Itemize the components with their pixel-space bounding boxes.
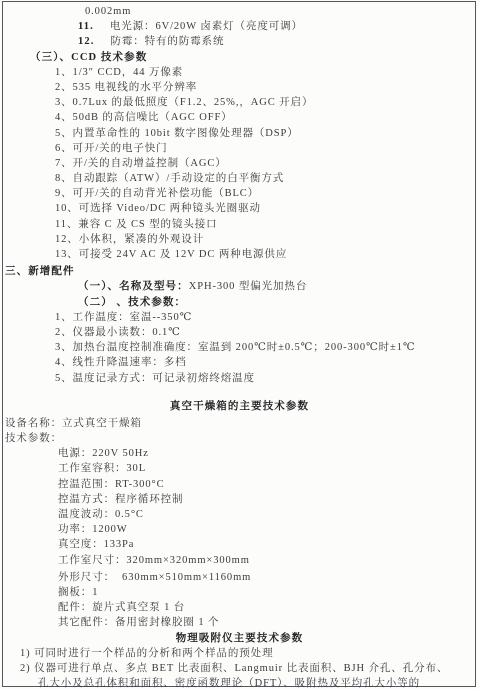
doc-text: 其它配件：备用密封橡胶圈 1 个 bbox=[58, 617, 219, 628]
doc-line: 5、温度记录方式：可记录初熔终熔温度 bbox=[0, 371, 479, 386]
doc-text: 1) 可同时进行一个样品的分析和两个样品的预处理 bbox=[20, 648, 273, 659]
doc-line: 12.防霉：特有的防霉系统 bbox=[0, 34, 479, 49]
doc-text: 电光源：6V/20W 卤素灯（亮度可调） bbox=[110, 21, 303, 32]
doc-text: 4、线性升降温速率：多档 bbox=[55, 357, 187, 368]
doc-line: 其它配件：备用密封橡胶圈 1 个 bbox=[0, 615, 479, 630]
doc-text: 控温范围：RT-300°C bbox=[58, 479, 164, 490]
doc-text-bold: 真空干燥箱的主要技术参数 bbox=[170, 401, 309, 412]
doc-line: 温度波动：0.5°C bbox=[0, 507, 479, 522]
doc-line: 控温方式：程序循环控制 bbox=[0, 492, 479, 507]
doc-line: 11.电光源：6V/20W 卤素灯（亮度可调） bbox=[0, 19, 479, 34]
doc-text: 12、小体积，紧凑的外观设计 bbox=[55, 234, 204, 245]
document-content: 0.002mm11.电光源：6V/20W 卤素灯（亮度可调）12.防霉：特有的防… bbox=[0, 4, 479, 689]
section-heading-new-accessories: 三、新增配件 bbox=[0, 264, 479, 279]
doc-text: 2) 仪器可进行单点、多点 BET 比表面积、Langmuir 比表面积、BJH… bbox=[20, 663, 448, 674]
doc-text: 工作室尺寸：320mm×320mm×300mm bbox=[58, 555, 250, 566]
doc-text: 技术参数： bbox=[5, 433, 62, 444]
doc-line: 1) 可同时进行一个样品的分析和两个样品的预处理 bbox=[0, 646, 479, 661]
doc-text: 5、内置革命性的 10bit 数字图像处理器（DSP） bbox=[55, 128, 299, 139]
doc-text: 2、仪器最小读数：0.1℃ bbox=[55, 327, 181, 338]
doc-line: （一）、名称及型号：XPH-300 型偏光加热台 bbox=[0, 279, 479, 294]
doc-line: 4、线性升降温速率：多档 bbox=[0, 355, 479, 370]
doc-line: 6、可开/关的电子快门 bbox=[0, 141, 479, 156]
section-heading-ccd: （三）、CCD 技术参数 bbox=[0, 50, 479, 65]
doc-line: 孔大小及总孔体积和面积、密度函数理论（DFT）、吸附热及平均孔大小等的 bbox=[0, 676, 479, 689]
doc-line: 设备名称：立式真空干燥箱 bbox=[0, 416, 479, 431]
doc-text: 7、开/关的自动增益控制（AGC） bbox=[55, 158, 227, 169]
doc-line: 8、自动跟踪（ATW）/手动设定的白平衡方式 bbox=[0, 171, 479, 186]
doc-text: 2、535 电视线的水平分辨率 bbox=[55, 82, 197, 93]
doc-text: 11、兼容 C 及 CS 型的镜头接口 bbox=[55, 219, 218, 230]
doc-line: 外形尺寸： 630mm×510mm×1160mm bbox=[0, 570, 479, 585]
doc-line: 控温范围：RT-300°C bbox=[0, 477, 479, 492]
doc-text: 1、工作温度：室温--350℃ bbox=[55, 312, 192, 323]
doc-line: 2) 仪器可进行单点、多点 BET 比表面积、Langmuir 比表面积、BJH… bbox=[0, 661, 479, 676]
doc-text-bold: 三、新增配件 bbox=[5, 266, 75, 277]
section-heading-vacuum-dryer: 真空干燥箱的主要技术参数 bbox=[0, 399, 479, 414]
doc-text: 4、50dB 的高信噪比（AGC OFF） bbox=[55, 112, 233, 123]
document-page: 0.002mm11.电光源：6V/20W 卤素灯（亮度可调）12.防霉：特有的防… bbox=[0, 0, 479, 689]
doc-line: 10、可选择 Video/DC 两种镜头光圈驱动 bbox=[0, 201, 479, 216]
section-heading-physisorption: 物理吸附仪主要技术参数 bbox=[0, 631, 479, 646]
doc-line: 12、小体积，紧凑的外观设计 bbox=[0, 232, 479, 247]
doc-text-bold: （三）、CCD 技术参数 bbox=[30, 52, 147, 63]
doc-text-bold: 11. bbox=[78, 21, 94, 32]
doc-line: 真空度：133Pa bbox=[0, 537, 479, 552]
doc-text-bold: （二） 、技术参数： bbox=[78, 297, 186, 308]
doc-text: 8、自动跟踪（ATW）/手动设定的白平衡方式 bbox=[55, 173, 284, 184]
doc-text: 13、可接受 24V AC 及 12V DC 两种电源供应 bbox=[55, 249, 287, 260]
doc-text-bold: 12. bbox=[78, 36, 94, 47]
doc-line: 工作室尺寸：320mm×320mm×300mm bbox=[0, 553, 479, 568]
doc-line: 4、50dB 的高信噪比（AGC OFF） bbox=[0, 110, 479, 125]
doc-line: 5、内置革命性的 10bit 数字图像处理器（DSP） bbox=[0, 126, 479, 141]
doc-line: 1、工作温度：室温--350℃ bbox=[0, 310, 479, 325]
doc-line: 2、535 电视线的水平分辨率 bbox=[0, 80, 479, 95]
doc-text: 孔大小及总孔体积和面积、密度函数理论（DFT）、吸附热及平均孔大小等的 bbox=[38, 678, 420, 689]
doc-text: 控温方式：程序循环控制 bbox=[58, 494, 183, 505]
doc-text-bold: 物理吸附仪主要技术参数 bbox=[176, 633, 304, 644]
doc-line: 3、0.7Lux 的最低照度（F1.2、25%,，AGC 开启） bbox=[0, 95, 479, 110]
doc-text: 6、可开/关的电子快门 bbox=[55, 143, 168, 154]
doc-text-bold: （一）、名称及型号： bbox=[78, 281, 189, 292]
doc-text: 功率：1200W bbox=[58, 524, 128, 535]
doc-text: 防霉：特有的防霉系统 bbox=[110, 36, 224, 47]
doc-line: 13、可接受 24V AC 及 12V DC 两种电源供应 bbox=[0, 247, 479, 262]
doc-text: 5、温度记录方式：可记录初熔终熔温度 bbox=[55, 373, 255, 384]
doc-line: 配件：旋片式真空泵 1 台 bbox=[0, 600, 479, 615]
doc-text: XPH-300 型偏光加热台 bbox=[189, 281, 307, 292]
doc-line: 功率：1200W bbox=[0, 522, 479, 537]
doc-text: 9、可开/关的自动背光补偿功能（BLC） bbox=[55, 188, 259, 199]
doc-text: 外形尺寸： 630mm×510mm×1160mm bbox=[58, 572, 251, 583]
doc-text: 设备名称：立式真空干燥箱 bbox=[5, 418, 142, 429]
doc-line: 9、可开/关的自动背光补偿功能（BLC） bbox=[0, 186, 479, 201]
doc-text: 搁板：1 bbox=[58, 587, 98, 598]
doc-line: 0.002mm bbox=[0, 4, 479, 19]
doc-line: 电源：220V 50Hz bbox=[0, 446, 479, 461]
doc-line: （二） 、技术参数： bbox=[0, 295, 479, 310]
doc-text: 10、可选择 Video/DC 两种镜头光圈驱动 bbox=[55, 203, 261, 214]
doc-text: 电源：220V 50Hz bbox=[58, 448, 149, 459]
doc-line: 3、加热台温度控制准确度：室温到 200℃时±0.5℃；200-300℃时±1℃ bbox=[0, 340, 479, 355]
doc-text: 3、加热台温度控制准确度：室温到 200℃时±0.5℃；200-300℃时±1℃ bbox=[55, 342, 416, 353]
doc-text: 0.002mm bbox=[85, 6, 131, 17]
doc-text: 3、0.7Lux 的最低照度（F1.2、25%,，AGC 开启） bbox=[55, 97, 313, 108]
doc-line: 7、开/关的自动增益控制（AGC） bbox=[0, 156, 479, 171]
doc-text: 真空度：133Pa bbox=[58, 539, 134, 550]
doc-text: 1、1/3″ CCD，44 万像素 bbox=[55, 67, 183, 78]
doc-line: 技术参数： bbox=[0, 431, 479, 446]
doc-line: 工作室容积：30L bbox=[0, 461, 479, 476]
doc-line: 11、兼容 C 及 CS 型的镜头接口 bbox=[0, 217, 479, 232]
doc-text: 温度波动：0.5°C bbox=[58, 509, 144, 520]
doc-text: 工作室容积：30L bbox=[58, 463, 146, 474]
doc-line: 搁板：1 bbox=[0, 585, 479, 600]
doc-line: 1、1/3″ CCD，44 万像素 bbox=[0, 65, 479, 80]
doc-text: 配件：旋片式真空泵 1 台 bbox=[58, 602, 185, 613]
doc-line: 2、仪器最小读数：0.1℃ bbox=[0, 325, 479, 340]
